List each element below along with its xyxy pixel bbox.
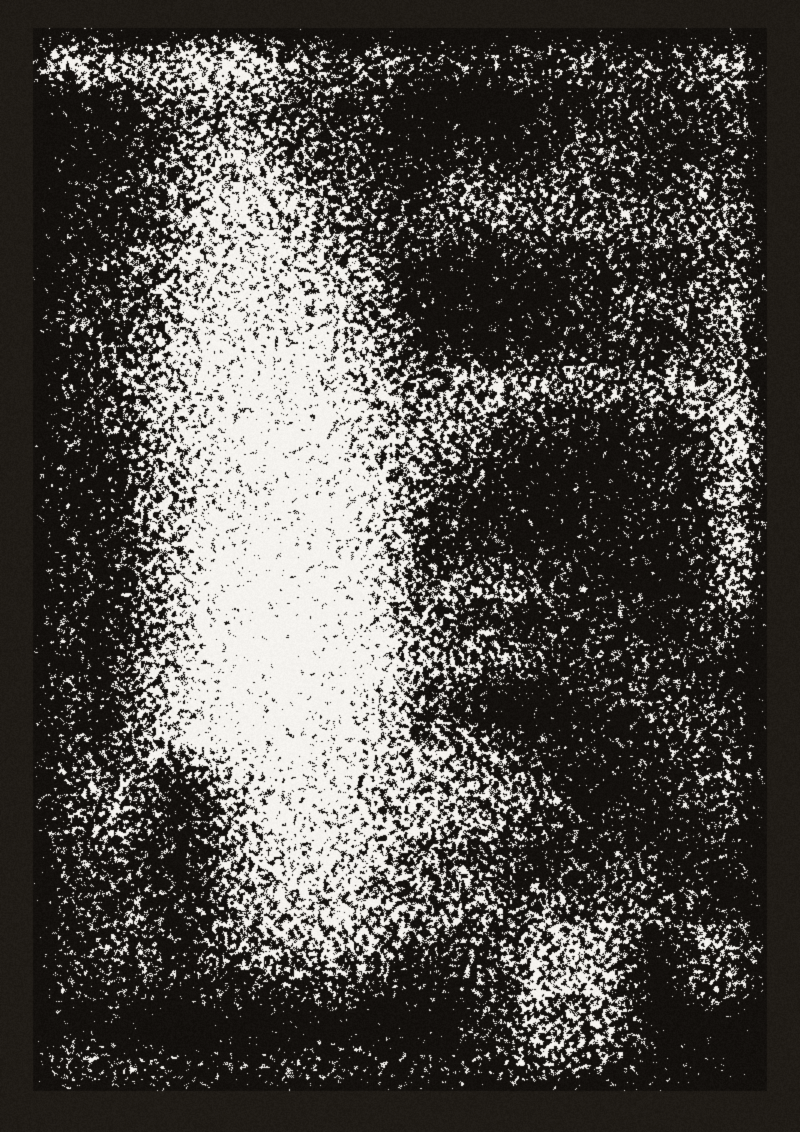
dithered-photo-canvas bbox=[0, 0, 800, 1132]
scan-page bbox=[0, 0, 800, 1132]
